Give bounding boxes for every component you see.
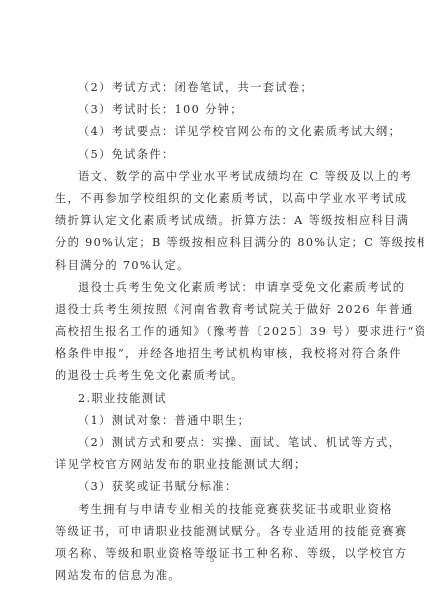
page-number: 5 <box>0 556 424 564</box>
text-line: 详见学校官方网站发布的职业技能测试大纲； <box>55 454 370 476</box>
text-line: 高校招生报名工作的通知》（豫考普〔2025〕39 号）要求进行“资 <box>55 321 370 343</box>
text-line: 等级证书，可申请职业技能测试赋分。各专业适用的技能竞赛赛 <box>55 521 370 543</box>
text-line: （5）免试条件： <box>55 144 370 166</box>
text-line: 考生拥有与申请专业相关的技能竞赛获奖证书或职业资格 <box>55 499 370 521</box>
text-line: 网站发布的信息为准。 <box>55 565 370 587</box>
text-line: 格条件申报”，并经各地招生考试机构审核，我校将对符合条件 <box>55 343 370 365</box>
text-line: 退役士兵考生须按照《河南省教育考试院关于做好 2026 年普通 <box>55 299 370 321</box>
text-line: 绩折算认定文化素质考试成绩。折算方法：A 等级按相应科目满 <box>55 210 370 232</box>
text-line: 生，不再参加学校组织的文化素质考试，以高中学业水平考试成 <box>55 188 370 210</box>
text-line: （1）测试对象：普通中职生； <box>55 410 370 432</box>
document-body: （2）考试方式：闭卷笔试，共一套试卷； （3）考试时长：100 分钟； （4）考… <box>55 77 370 587</box>
text-line: 科目满分的 70%认定。 <box>55 255 370 277</box>
document-page: （2）考试方式：闭卷笔试，共一套试卷； （3）考试时长：100 分钟； （4）考… <box>0 0 424 600</box>
text-line: （3）考试时长：100 分钟； <box>55 99 370 121</box>
text-line: 分的 90%认定；B 等级按相应科目满分的 80%认定；C 等级按相应 <box>55 232 370 254</box>
text-line: （2）考试方式：闭卷笔试，共一套试卷； <box>55 77 370 99</box>
text-line: 退役士兵考生免文化素质考试：申请享受免文化素质考试的 <box>55 277 370 299</box>
text-line: （2）测试方式和要点：实操、面试、笔试、机试等方式， <box>55 432 370 454</box>
text-line: （4）考试要点：详见学校官网公布的文化素质考试大纲； <box>55 121 370 143</box>
section-heading: 2.职业技能测试 <box>55 388 370 410</box>
text-line: 的退役士兵考生免文化素质考试。 <box>55 365 370 387</box>
text-line: 语文、数学的高中学业水平考试成绩均在 C 等级及以上的考 <box>55 166 370 188</box>
text-line: （3）获奖或证书赋分标准： <box>55 476 370 498</box>
